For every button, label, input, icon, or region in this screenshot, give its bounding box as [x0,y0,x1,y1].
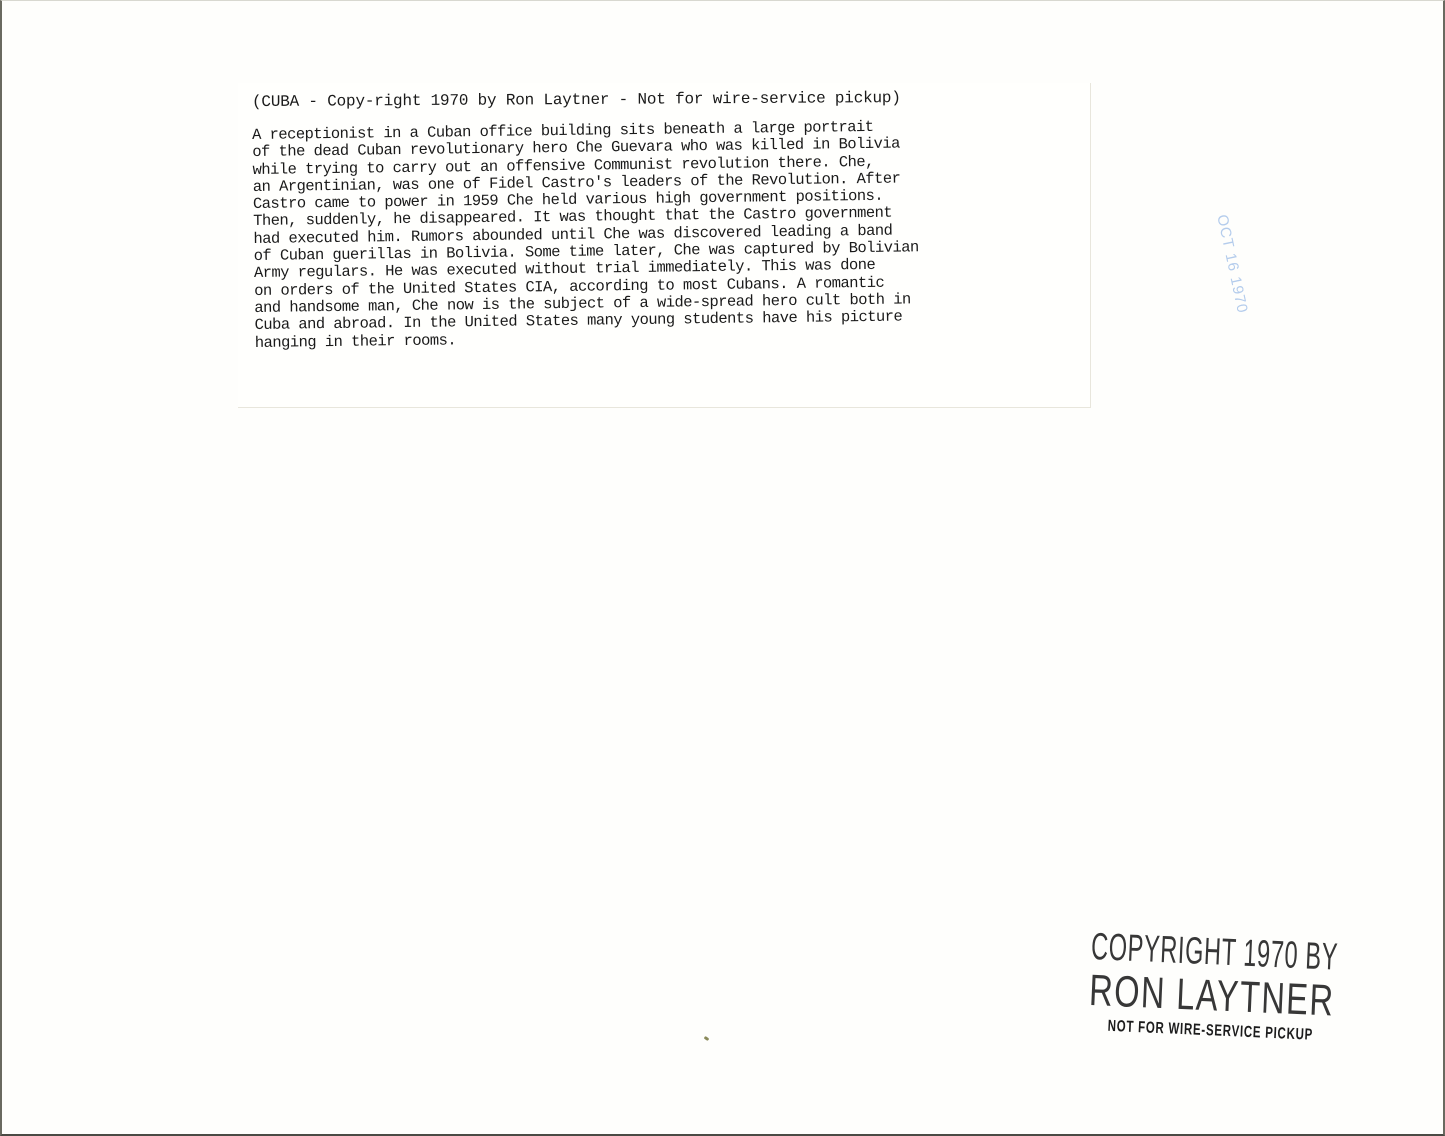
received-date-stamp: OCT 16 1970 [1213,213,1251,315]
caption-body: A receptionist in a Cuban office buildin… [252,118,920,352]
caption-slip: (CUBA - Copy-right 1970 by Ron Laytner -… [238,83,1091,408]
stamp-author-line: RON LAYTNER [1088,967,1275,1023]
photo-back-page: (CUBA - Copy-right 1970 by Ron Laytner -… [0,0,1445,1136]
paper-speck [704,1036,710,1041]
copyright-stamp: COPYRIGHT 1970 BY RON LAYTNER NOT FOR WI… [1087,927,1342,1048]
caption-header: (CUBA - Copy-right 1970 by Ron Laytner -… [252,89,901,111]
